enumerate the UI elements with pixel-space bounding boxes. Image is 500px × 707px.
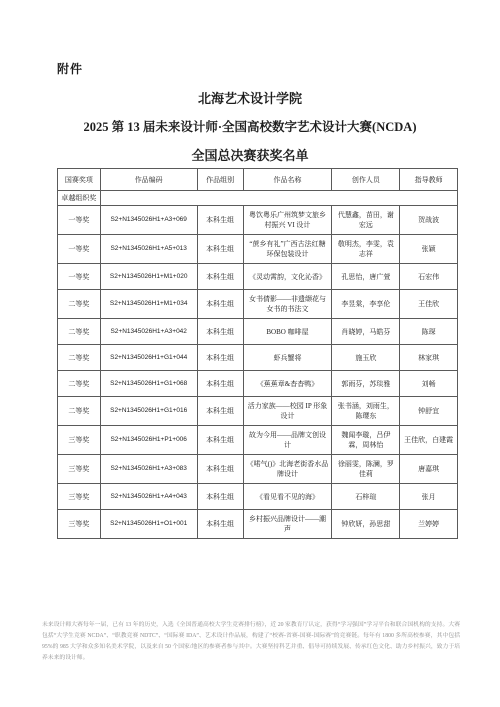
group-cell: 本科生组: [197, 235, 243, 264]
table-row: 二等奖S2+N1345026H1+G1+068本科生组《蕉蕉章&杳杳鸭》郭雨芬，…: [58, 371, 458, 397]
creators-cell: 魏闻李璇，吕伊霖，周林怡: [332, 426, 400, 455]
table-row: 三等奖S2+N1345026H1+P1+006本科生组故为今用——品牌文创设计魏…: [58, 426, 458, 455]
table-header-row: 国赛奖项 作品编码 作品组别 作品名称 创作人员 指导教师: [58, 169, 458, 191]
group-cell: 本科生组: [197, 371, 243, 397]
creators-cell: 李昱棠，李享伦: [332, 290, 400, 319]
work-cell: 《看见看不见的海》: [243, 484, 332, 510]
teachers-cell: 兰婷婷: [400, 510, 458, 539]
award-cell: 三等奖: [58, 484, 101, 510]
code-cell: S2+N1345026H1+G1+016: [100, 397, 197, 426]
group-cell: 本科生组: [197, 319, 243, 345]
code-cell: S2+N1345026H1+A5+013: [100, 235, 197, 264]
teachers-cell: 钟舒宜: [400, 397, 458, 426]
award-cell: 二等奖: [58, 397, 101, 426]
table-row: 二等奖S2+N1345026H1+A3+042本科生组BOBO 咖啡屋肖晓婷，马…: [58, 319, 458, 345]
award-cell: 二等奖: [58, 290, 101, 319]
creators-cell: 徐丽雯，陈澜，罗佳莉: [332, 455, 400, 484]
work-cell: 活力家族——校园 IP 形象设计: [243, 397, 332, 426]
attachment-label: 附件: [57, 60, 83, 77]
award-cell: 二等奖: [58, 319, 101, 345]
work-cell: “蔗乡有礼”广西古法红糖环保包装设计: [243, 235, 332, 264]
work-cell: 乡村振兴品牌设计——潮声: [243, 510, 332, 539]
teachers-cell: 林家琪: [400, 345, 458, 371]
creators-cell: 代慧鑫，苗田，谢宏远: [332, 206, 400, 235]
table-row: 一等奖S2+N1345026H1+A3+069本科生组粤饮粤乐广州筑梦文旅乡村振…: [58, 206, 458, 235]
teachers-cell: 石宏伟: [400, 264, 458, 290]
award-cell: 一等奖: [58, 235, 101, 264]
award-cell: 一等奖: [58, 264, 101, 290]
award-cell: 三等奖: [58, 510, 101, 539]
header-code: 作品编码: [100, 169, 197, 191]
work-cell: BOBO 咖啡屋: [243, 319, 332, 345]
creators-cell: 施玉欣: [332, 345, 400, 371]
footer-note: 未来设计师大赛每年一届，已有 13 年的历史，入选《全国普通高校大学生竞赛排行榜…: [42, 620, 460, 664]
title-block: 北海艺术设计学院 2025 第 13 届未来设计师·全国高校数字艺术设计大赛(N…: [0, 88, 500, 164]
work-cell: 女书倩影——非遗缬花与女书的书法文: [243, 290, 332, 319]
code-cell: S2+N1345026H1+M1+020: [100, 264, 197, 290]
award-table: 国赛奖项 作品编码 作品组别 作品名称 创作人员 指导教师 卓越组织奖 一等奖S…: [57, 168, 458, 539]
table-row: 一等奖S2+N1345026H1+A5+013本科生组“蔗乡有礼”广西古法红糖环…: [58, 235, 458, 264]
award-cell: 二等奖: [58, 371, 101, 397]
work-cell: 《蕉蕉章&杳杳鸭》: [243, 371, 332, 397]
org-award-label: 卓越组织奖: [58, 191, 101, 206]
creators-cell: 石梓瑄: [332, 484, 400, 510]
teachers-cell: 贺战波: [400, 206, 458, 235]
code-cell: S2+N1345026H1+M1+034: [100, 290, 197, 319]
creators-cell: 钟欣妍，孙思甜: [332, 510, 400, 539]
table-row: 二等奖S2+N1345026H1+G1+016本科生组活力家族——校园 IP 形…: [58, 397, 458, 426]
creators-cell: 肖晓婷，马皓芬: [332, 319, 400, 345]
award-cell: 三等奖: [58, 426, 101, 455]
competition-title: 2025 第 13 届未来设计师·全国高校数字艺术设计大赛(NCDA): [0, 117, 500, 135]
table-row: 三等奖S2+N1345026H1+A3+083本科生组《喏气()》北海老街香水品…: [58, 455, 458, 484]
group-cell: 本科生组: [197, 290, 243, 319]
teachers-cell: 张颖: [400, 235, 458, 264]
creators-cell: 郭雨芬，苏琰雅: [332, 371, 400, 397]
org-award-empty-cell: [100, 191, 457, 206]
group-cell: 本科生组: [197, 484, 243, 510]
code-cell: S2+N1345026H1+P1+006: [100, 426, 197, 455]
group-cell: 本科生组: [197, 206, 243, 235]
creators-cell: 孔思怡，唐广萱: [332, 264, 400, 290]
award-cell: 一等奖: [58, 206, 101, 235]
group-cell: 本科生组: [197, 397, 243, 426]
teachers-cell: 王佳欣: [400, 290, 458, 319]
award-cell: 三等奖: [58, 455, 101, 484]
header-teachers: 指导教师: [400, 169, 458, 191]
code-cell: S2+N1345026H1+G1+044: [100, 345, 197, 371]
table-row: 二等奖S2+N1345026H1+G1+044本科生组虾兵蟹将施玉欣林家琪: [58, 345, 458, 371]
document-page: 附件 北海艺术设计学院 2025 第 13 届未来设计师·全国高校数字艺术设计大…: [0, 0, 500, 707]
header-work: 作品名称: [243, 169, 332, 191]
code-cell: S2+N1345026H1+A3+069: [100, 206, 197, 235]
work-cell: 《喏气()》北海老街香水品牌设计: [243, 455, 332, 484]
table-row: 三等奖S2+N1345026H1+A4+043本科生组《看见看不见的海》石梓瑄张…: [58, 484, 458, 510]
teachers-cell: 刘畅: [400, 371, 458, 397]
group-cell: 本科生组: [197, 264, 243, 290]
award-cell: 二等奖: [58, 345, 101, 371]
teachers-cell: 陈琛: [400, 319, 458, 345]
work-cell: 故为今用——品牌文创设计: [243, 426, 332, 455]
group-cell: 本科生组: [197, 455, 243, 484]
work-cell: 《灵动霄韵，文化沁香》: [243, 264, 332, 290]
group-cell: 本科生组: [197, 510, 243, 539]
list-title: 全国总决赛获奖名单: [0, 145, 500, 164]
work-cell: 粤饮粤乐广州筑梦文旅乡村振兴 VI 设计: [243, 206, 332, 235]
creators-cell: 张书涵，刘雨生，陈璎东: [332, 397, 400, 426]
code-cell: S2+N1345026H1+A3+042: [100, 319, 197, 345]
table-row: 一等奖S2+N1345026H1+M1+020本科生组《灵动霄韵，文化沁香》孔思…: [58, 264, 458, 290]
table-row: 三等奖S2+N1345026H1+O1+001本科生组乡村振兴品牌设计——潮声钟…: [58, 510, 458, 539]
work-cell: 虾兵蟹将: [243, 345, 332, 371]
org-award-row: 卓越组织奖: [58, 191, 458, 206]
table-row: 二等奖S2+N1345026H1+M1+034本科生组女书倩影——非遗缬花与女书…: [58, 290, 458, 319]
header-group: 作品组别: [197, 169, 243, 191]
code-cell: S2+N1345026H1+A3+083: [100, 455, 197, 484]
header-award: 国赛奖项: [58, 169, 101, 191]
group-cell: 本科生组: [197, 345, 243, 371]
teachers-cell: 王佳欣，白建霞: [400, 426, 458, 455]
group-cell: 本科生组: [197, 426, 243, 455]
teachers-cell: 唐嘉琪: [400, 455, 458, 484]
code-cell: S2+N1345026H1+O1+001: [100, 510, 197, 539]
code-cell: S2+N1345026H1+G1+068: [100, 371, 197, 397]
teachers-cell: 张月: [400, 484, 458, 510]
header-creators: 创作人员: [332, 169, 400, 191]
school-title: 北海艺术设计学院: [0, 88, 500, 107]
code-cell: S2+N1345026H1+A4+043: [100, 484, 197, 510]
creators-cell: 敬明杰，李雯，袁志祥: [332, 235, 400, 264]
